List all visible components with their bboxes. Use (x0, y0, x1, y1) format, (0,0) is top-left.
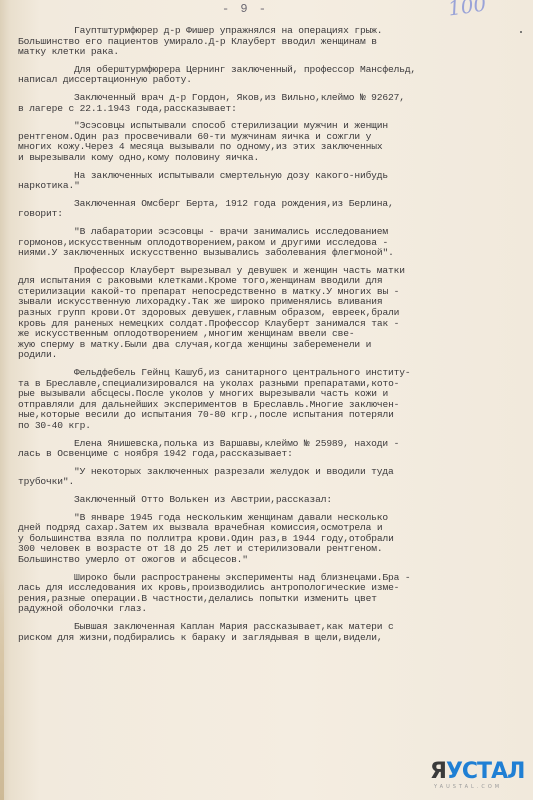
quoted-testimony: На заключенных испытывали смертельную до… (18, 171, 518, 192)
text-line: трубочки". (18, 477, 518, 488)
paragraph: Елена Янишевска,полька из Варшавы,клеймо… (18, 439, 518, 460)
text-line: Большинство умерло от ожогов и абсцесов.… (18, 555, 518, 566)
page-number: - 9 - (215, 2, 275, 16)
paragraph: Заключенная Омсберг Берта, 1912 года рож… (18, 199, 518, 220)
text-line: "В лабаратории эсэсовцы - врачи занимали… (18, 227, 518, 238)
paragraph: Широко были распространены эксперименты … (18, 573, 518, 615)
paragraph: Фельдфебель Гейнц Кашуб,из санитарного ц… (18, 368, 518, 432)
watermark-url: YAUSTAL.COM (434, 784, 533, 790)
quoted-testimony: "Эсэсовцы испытывали способ стерилизации… (18, 121, 518, 163)
handwritten-archive-number: 100 (447, 0, 488, 21)
text-line: радужной оболочки глаз. (18, 604, 518, 615)
text-line: по 30-40 кгр. (18, 421, 518, 432)
text-line: "У некоторых заключенных разрезали желуд… (18, 467, 518, 478)
quoted-testimony: "В январе 1945 года нескольким женщинам … (18, 513, 518, 566)
text-line: лась в Освенциме с ноября 1942 года,расс… (18, 449, 518, 460)
text-line: Заключенный Отто Волькен из Австрии,расс… (18, 495, 518, 506)
text-line: матку клетки рака. (18, 47, 518, 58)
paragraph: Бывшая заключенная Каплан Мария рассказы… (18, 622, 518, 643)
text-line: ниями.У заключенных искусственно вызывал… (18, 248, 518, 259)
text-line: Гауптштурмфюрер д-р Фишер упражнялся на … (18, 26, 518, 37)
text-line: Бывшая заключенная Каплан Мария рассказы… (18, 622, 518, 633)
quoted-testimony: "У некоторых заключенных разрезали желуд… (18, 467, 518, 488)
text-line: говорит: (18, 209, 518, 220)
document-page: - 9 - 100 Гауптштурмфюрер д-р Фишер упра… (0, 0, 533, 800)
text-line: ные,которые весили до испытания 70-80 кг… (18, 410, 518, 421)
text-line: и вырезывали кому одно,кому половину яич… (18, 153, 518, 164)
paragraph: Гауптштурмфюрер д-р Фишер упражнялся на … (18, 26, 518, 58)
text-line: риском для жизни,подбирались к бараку и … (18, 633, 518, 644)
paragraph: Для оберштурмфюрера Цернинг заключенный,… (18, 65, 518, 86)
text-line: жую сперму в матку.Были два случая,когда… (18, 340, 518, 351)
text-line: Заключенный врач д-р Гордон, Яков,из Вил… (18, 93, 518, 104)
watermark: ЯУСТАЛ YAUSTAL.COM (430, 760, 533, 800)
quoted-testimony: "В лабаратории эсэсовцы - врачи занимали… (18, 227, 518, 259)
text-line: Заключенная Омсберг Берта, 1912 года рож… (18, 199, 518, 210)
text-line: написал диссертационную работу. (18, 75, 518, 86)
text-line: в лагере с 22.1.1943 года,рассказывает: (18, 104, 518, 115)
watermark-logo: ЯУСТАЛ (430, 760, 533, 784)
text-line: наркотика." (18, 181, 518, 192)
margin-mark (520, 31, 522, 33)
paragraph: Заключенный Отто Волькен из Австрии,расс… (18, 495, 518, 506)
text-line: На заключенных испытывали смертельную до… (18, 171, 518, 182)
paragraph: Профессор Клауберт вырезывал у девушек и… (18, 266, 518, 361)
typewritten-body: Гауптштурмфюрер д-р Фишер упражнялся на … (18, 26, 518, 650)
page-edge-shadow (0, 560, 4, 800)
text-line: родили. (18, 350, 518, 361)
paragraph: Заключенный врач д-р Гордон, Яков,из Вил… (18, 93, 518, 114)
